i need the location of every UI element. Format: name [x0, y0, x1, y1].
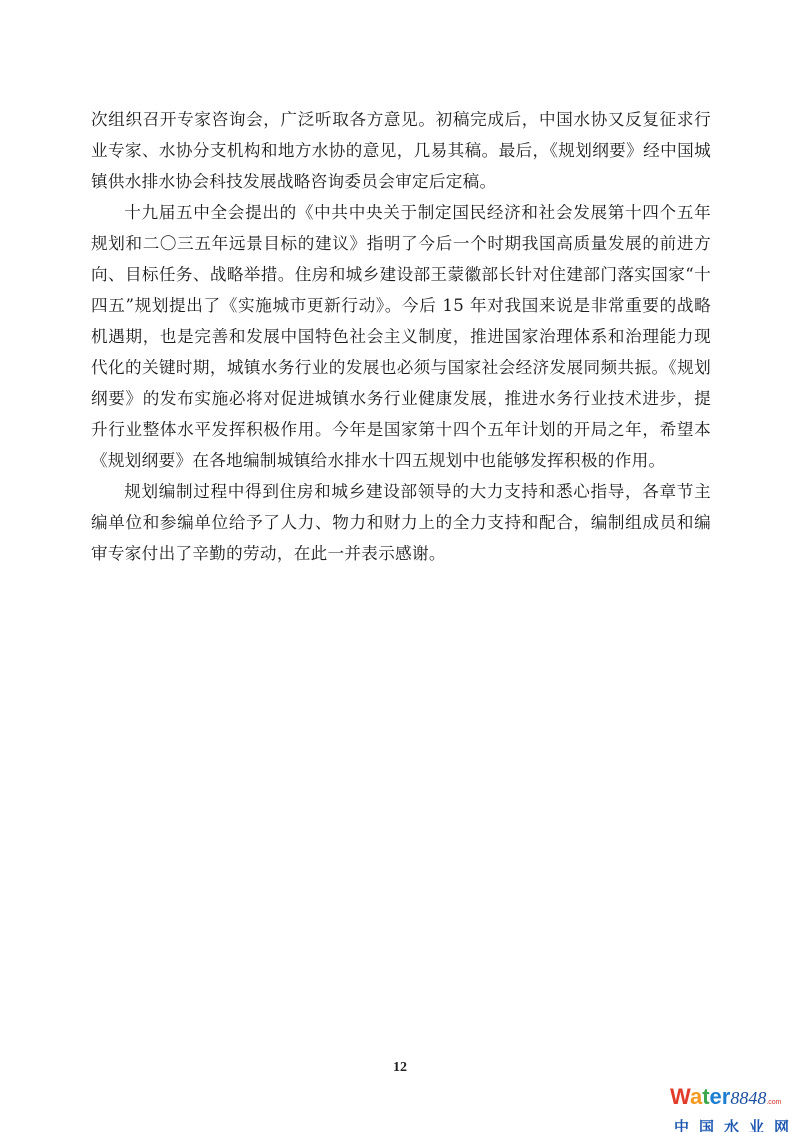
- watermark-letter-t: t: [702, 1084, 709, 1109]
- watermark-number: 8848: [730, 1088, 766, 1108]
- water8848-watermark-logo: Water8848.com 中国水业网: [670, 1086, 798, 1130]
- body-text: 次组织召开专家咨询会，广泛听取各方意见。初稿完成后，中国水协又反复征求行业专家、…: [91, 104, 711, 569]
- watermark-letter-e: e: [710, 1084, 722, 1109]
- watermark-domain-suffix: .com: [766, 1099, 781, 1106]
- paragraph-consultation: 次组织召开专家咨询会，广泛听取各方意见。初稿完成后，中国水协又反复征求行业专家、…: [91, 104, 711, 197]
- page-number: 12: [0, 1060, 800, 1076]
- watermark-letter-a: a: [690, 1084, 702, 1109]
- watermark-wordmark: Water8848.com: [670, 1086, 798, 1114]
- paragraph-acknowledgements: 规划编制过程中得到住房和城乡建设部领导的大力支持和悉心指导，各章节主编单位和参编…: [91, 476, 711, 569]
- document-page: 次组织召开专家咨询会，广泛听取各方意见。初稿完成后，中国水协又反复征求行业专家、…: [0, 0, 800, 1132]
- paragraph-fifth-plenum: 十九届五中全会提出的《中共中央关于制定国民经济和社会发展第十四个五年规划和二〇三…: [91, 197, 711, 476]
- watermark-letter-w: W: [670, 1084, 690, 1109]
- watermark-chinese-name: 中国水业网: [670, 1116, 798, 1132]
